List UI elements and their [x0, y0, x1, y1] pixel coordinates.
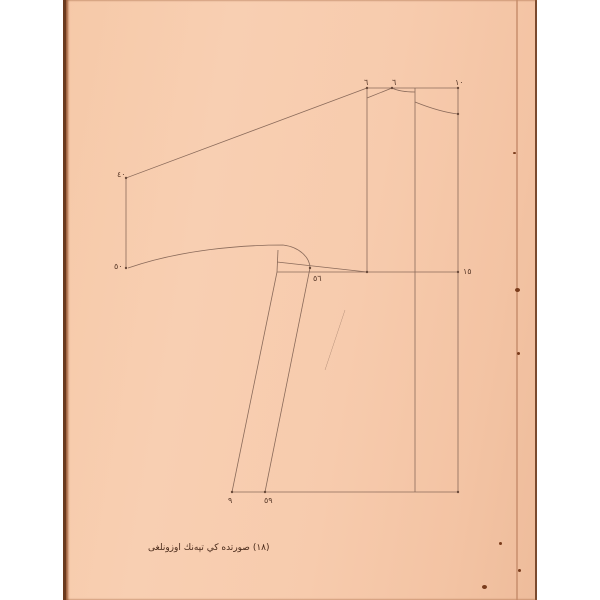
point-label: ٤٠: [117, 170, 126, 179]
point-label: ١٥: [463, 267, 472, 276]
pattern-drawing: [0, 0, 600, 600]
point-label: ١٠: [455, 78, 464, 87]
point-label: ٥٠: [114, 262, 123, 271]
point-label: ٥٩: [264, 496, 273, 505]
point-label: ٥٦: [313, 274, 322, 283]
point-label: ٦: [364, 78, 368, 87]
point-label: ٦: [392, 78, 396, 87]
point-label: ٩: [228, 496, 232, 505]
figure-caption: (١٨) صورتده كي تپه‌نك اوزونلغى: [148, 543, 270, 553]
